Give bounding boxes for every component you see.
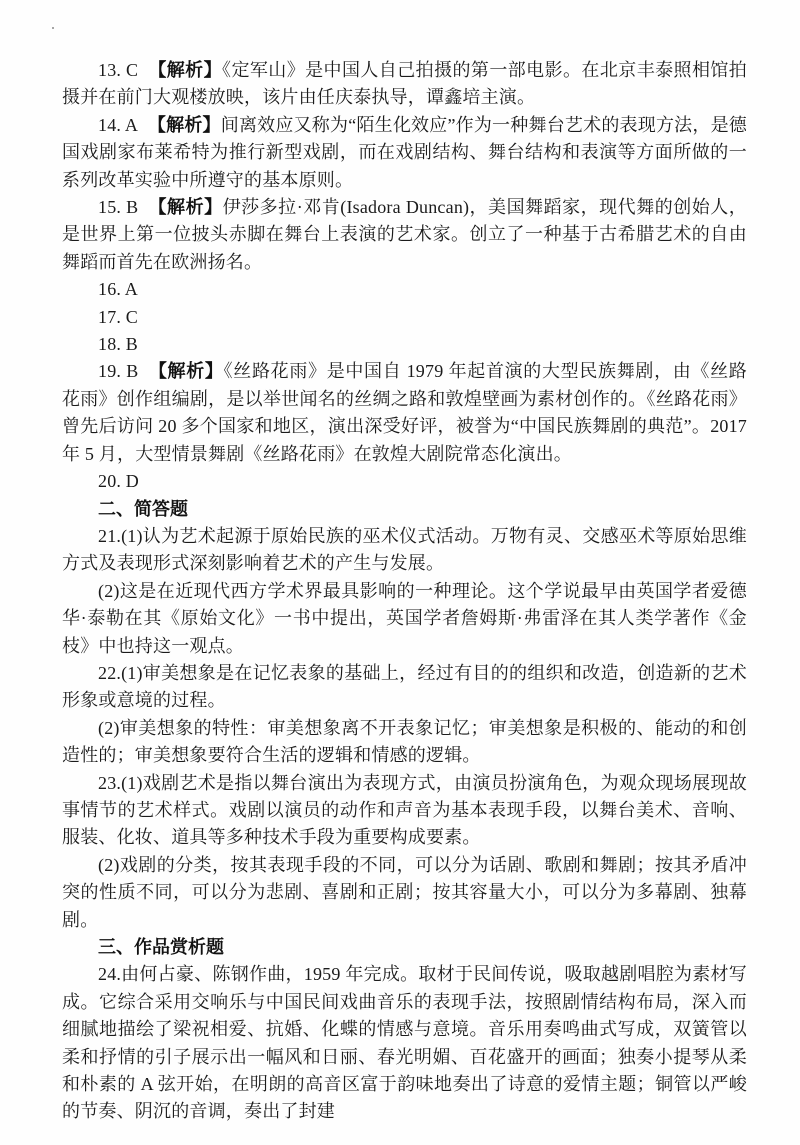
answer-item-23-2: (2)戏剧的分类，按其表现手段的不同，可以分为话剧、歌剧和舞剧；按其矛盾冲突的性… xyxy=(62,852,747,934)
answer-item-13: 13. C【解析】《定军山》是中国人自己拍摄的第一部电影。在北京丰泰照相馆拍摄并… xyxy=(62,57,747,112)
answer-number: 14. A xyxy=(98,115,138,135)
answer-number: 18. B xyxy=(98,334,138,354)
answer-number: 15. B xyxy=(98,197,138,217)
answer-number: 17. C xyxy=(98,307,138,327)
analysis-label: 【解析】 xyxy=(148,197,222,217)
document-page: 13. C【解析】《定军山》是中国人自己拍摄的第一部电影。在北京丰泰照相馆拍摄并… xyxy=(0,0,800,1145)
analysis-label: 【解析】 xyxy=(148,115,221,135)
answer-item-23-1: 23.(1)戏剧艺术是指以舞台演出为表现方式，由演员扮演角色，为观众现场展现故事… xyxy=(62,770,747,852)
answer-item-22-1: 22.(1)审美想象是在记忆表象的基础上，经过有目的的组织和改造，创造新的艺术形… xyxy=(62,660,747,715)
answer-item-19: 19. B【解析】《丝路花雨》是中国自 1979 年起首演的大型民族舞剧，由《丝… xyxy=(62,358,747,468)
answer-number: 20. D xyxy=(98,471,139,491)
analysis-label: 【解析】 xyxy=(148,60,222,80)
answer-item-22-2: (2)审美想象的特性：审美想象离不开表象记忆；审美想象是积极的、能动的和创造性的… xyxy=(62,715,747,770)
scan-speck xyxy=(52,27,54,29)
analysis-label: 【解析】 xyxy=(148,361,223,381)
answer-number: 13. C xyxy=(98,60,138,80)
answer-number: 19. B xyxy=(98,361,139,381)
section-heading-appreciation: 三、作品赏析题 xyxy=(62,934,747,961)
section-heading-short-answer: 二、简答题 xyxy=(62,496,747,523)
answer-item-14: 14. A【解析】间离效应又称为“陌生化效应”作为一种舞台艺术的表现方法，是德国… xyxy=(62,112,747,194)
answer-item-15: 15. B【解析】伊莎多拉·邓肯(Isadora Duncan)，美国舞蹈家，现… xyxy=(62,194,747,276)
answer-item-21-2: (2)这是在近现代西方学术界最具影响的一种理论。这个学说最早由英国学者爱德华·泰… xyxy=(62,578,747,660)
answer-item-20: 20. D xyxy=(62,468,747,495)
answer-item-21-1: 21.(1)认为艺术起源于原始民族的巫术仪式活动。万物有灵、交感巫术等原始思维方… xyxy=(62,523,747,578)
answer-item-18: 18. B xyxy=(62,331,747,358)
answer-number: 16. A xyxy=(98,279,138,299)
answer-item-16: 16. A xyxy=(62,276,747,303)
answer-item-17: 17. C xyxy=(62,304,747,331)
answer-item-24: 24.由何占豪、陈钢作曲，1959 年完成。取材于民间传说，吸取越剧唱腔为素材写… xyxy=(62,961,747,1125)
